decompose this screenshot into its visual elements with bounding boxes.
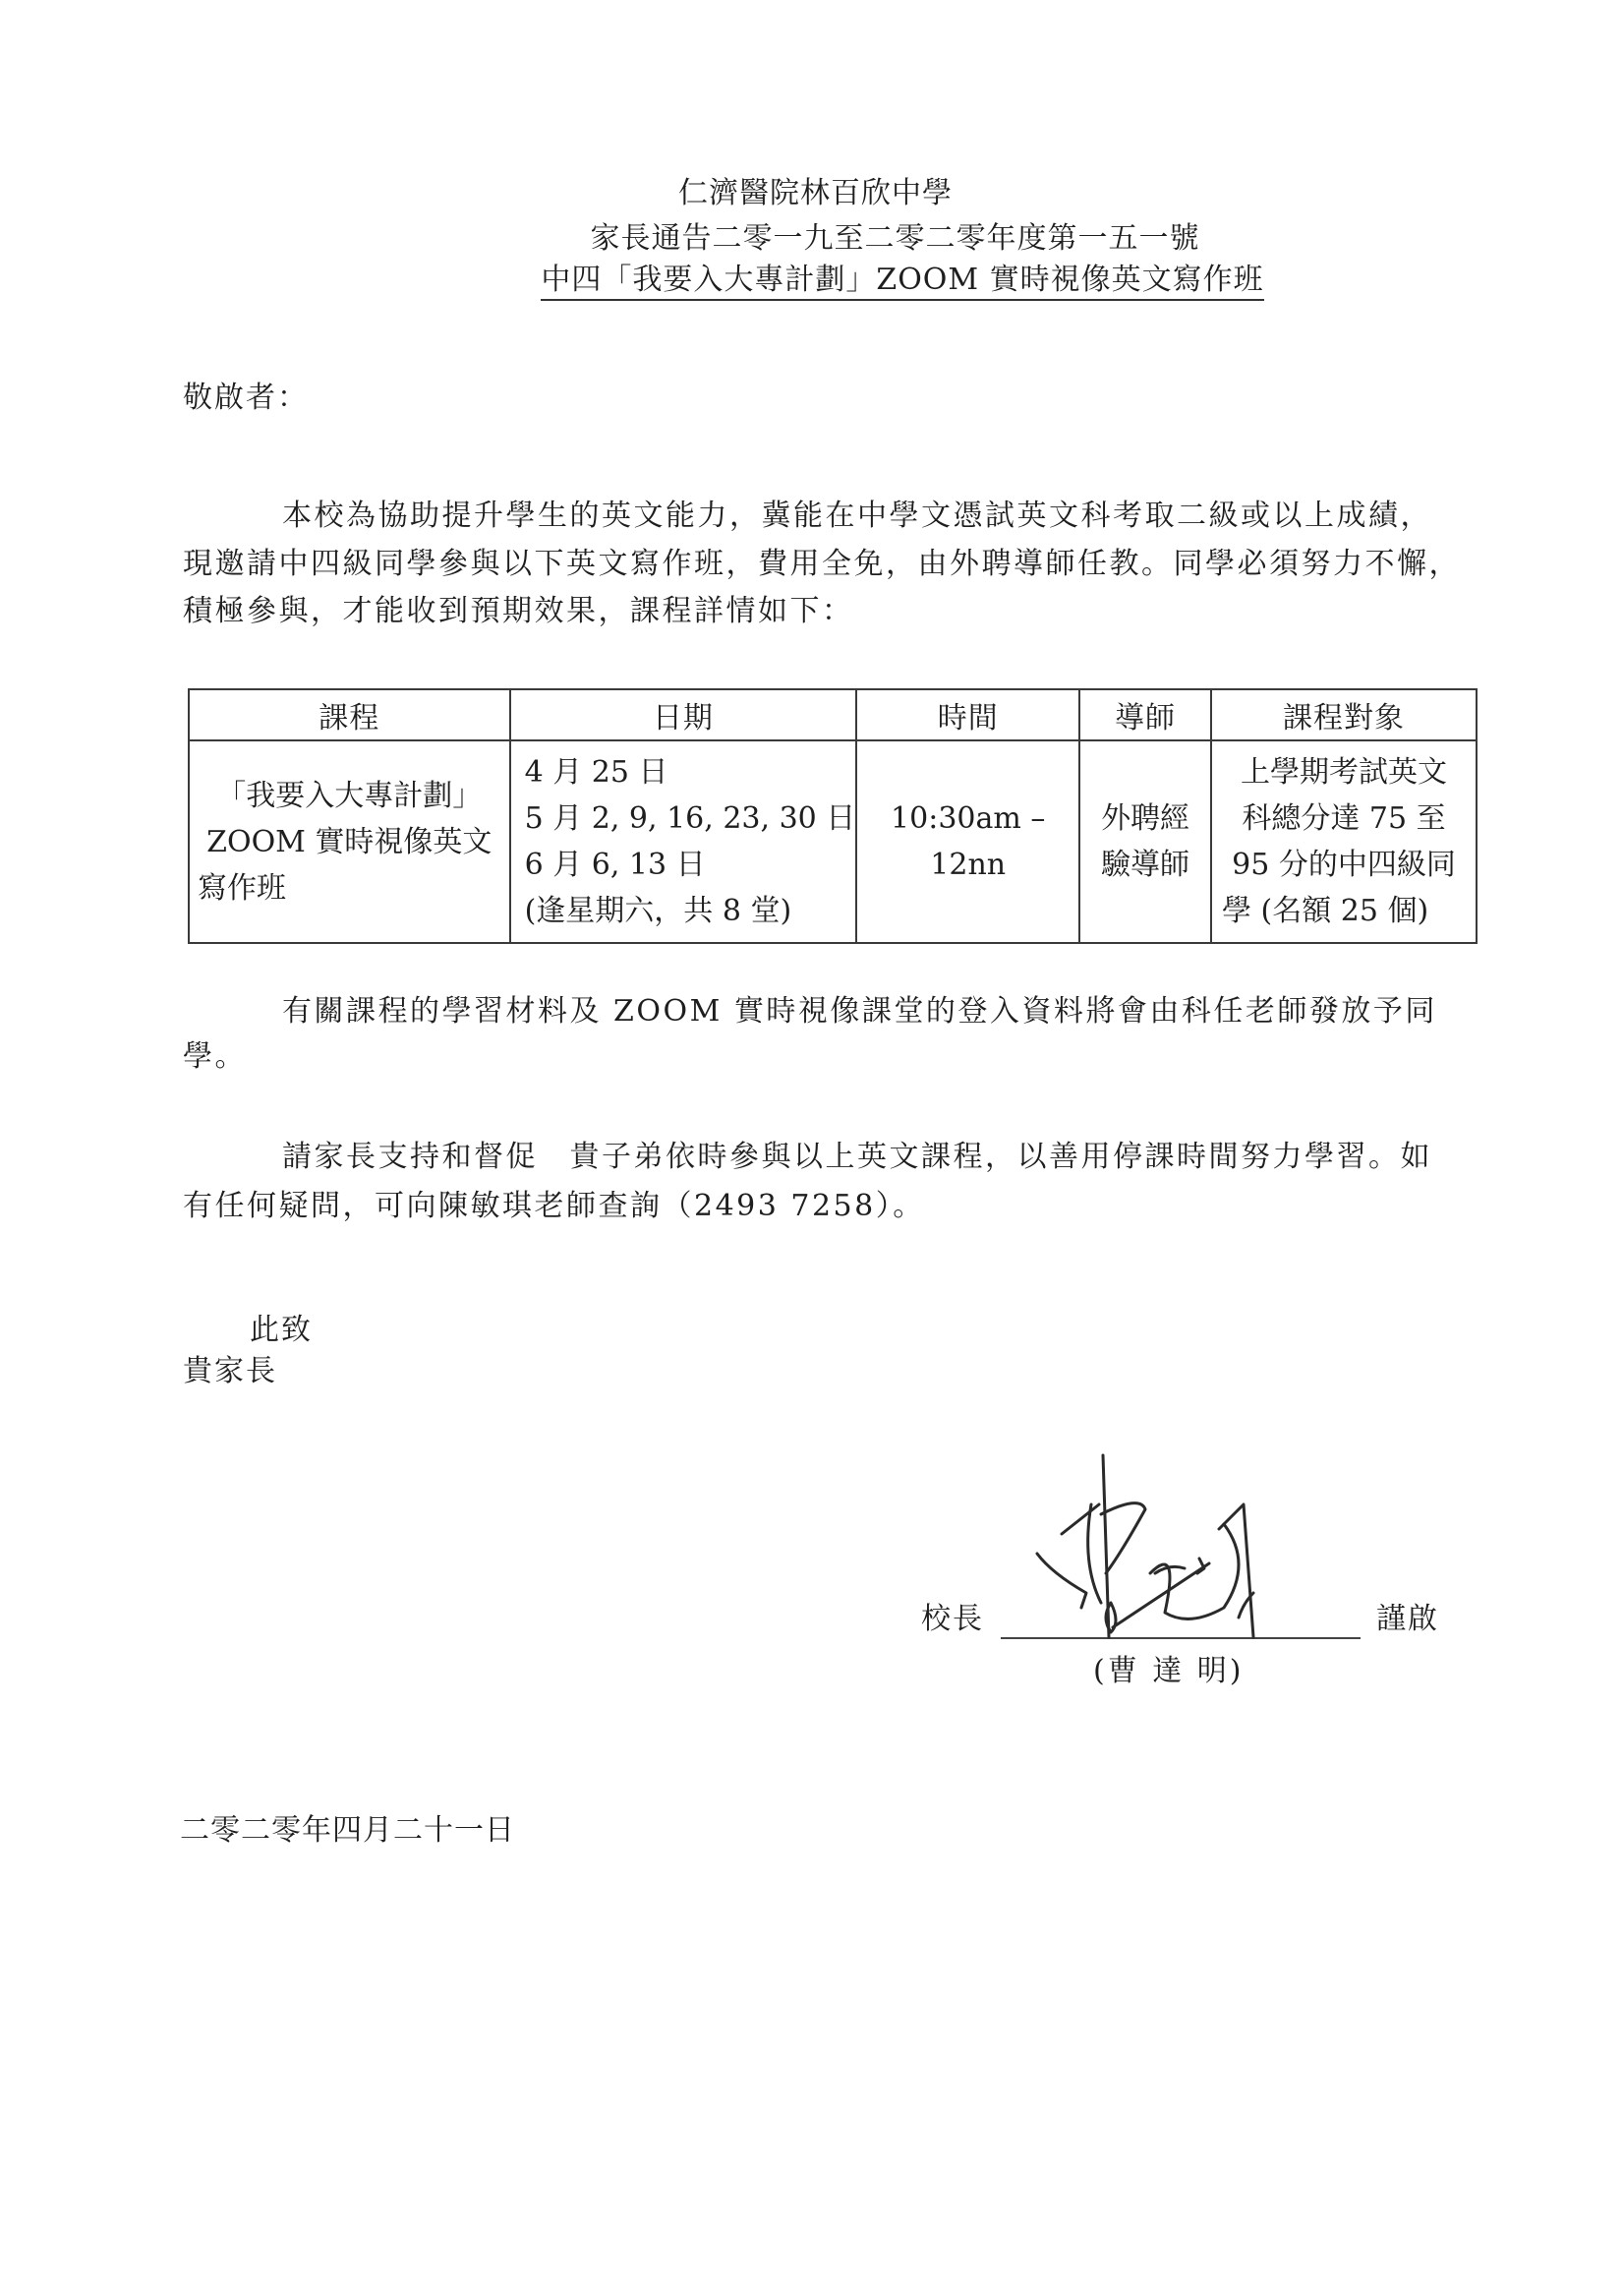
table-header-row: 課程 日期 時間 導師 課程對象: [189, 689, 1477, 740]
cell-line: 寫作班: [190, 865, 509, 912]
cell-line: 學 (名額 25 個): [1212, 888, 1476, 934]
cell-line: 上學期考試英文: [1212, 749, 1476, 795]
cell-target: 上學期考試英文 科總分達 75 至 95 分的中四級同 學 (名額 25 個): [1211, 740, 1477, 943]
cell-course: 「我要入大專計劃」 ZOOM 實時視像英文 寫作班: [189, 740, 510, 943]
principal-title: 校長: [921, 1603, 984, 1636]
cell-line: ZOOM 實時視像英文: [190, 819, 509, 865]
paragraph-line: 現邀請中四級同學參與以下英文寫作班，費用全免，由外聘導師任教。同學必須努力不懈，: [183, 548, 1461, 581]
salutation: 敬啟者：: [183, 382, 309, 415]
paragraph-line: 有關課程的學習材料及 ZOOM 實時視像課堂的登入資料將會由科任老師發放予同: [282, 995, 1437, 1029]
cell-line: 驗導師: [1080, 842, 1210, 888]
school-name: 仁濟醫院林百欣中學: [0, 177, 1623, 210]
closing-line-1: 此致: [250, 1314, 313, 1347]
cell-line: 外聘經: [1080, 795, 1210, 842]
cell-line: 5 月 2, 9, 16, 23, 30 日: [525, 795, 856, 842]
notice-date: 二零二零年四月二十一日: [180, 1814, 515, 1848]
cell-tutor: 外聘經 驗導師: [1079, 740, 1211, 943]
header-course: 課程: [189, 689, 510, 740]
header-target: 課程對象: [1211, 689, 1477, 740]
header-tutor: 導師: [1079, 689, 1211, 740]
course-table: 課程 日期 時間 導師 課程對象 「我要入大專計劃」 ZOOM 實時視像英文 寫…: [188, 688, 1478, 944]
cell-time: 10:30am – 12nn: [856, 740, 1079, 943]
notice-title: 中四「我要入大專計劃」ZOOM 實時視像英文寫作班: [0, 264, 1623, 297]
signature-icon: [1032, 1445, 1307, 1642]
sign-off: 謹啟: [1376, 1603, 1439, 1636]
closing-line-2: 貴家長: [183, 1355, 277, 1388]
paragraph-line: 有任何疑問，可向陳敏琪老師查詢（2493 7258）。: [183, 1190, 925, 1223]
paragraph-line: 本校為協助提升學生的英文能力，冀能在中學文憑試英文科考取二級或以上成績，: [282, 500, 1432, 533]
header-time: 時間: [856, 689, 1079, 740]
cell-dates: 4 月 25 日 5 月 2, 9, 16, 23, 30 日 6 月 6, 1…: [510, 740, 857, 943]
cell-line: 6 月 6, 13 日: [525, 842, 856, 888]
notice-title-text: 中四「我要入大專計劃」ZOOM 實時視像英文寫作班: [541, 263, 1263, 301]
cell-line: 「我要入大專計劃」: [190, 773, 509, 819]
cell-line: 4 月 25 日: [525, 749, 856, 795]
cell-line: (逢星期六，共 8 堂): [525, 888, 856, 934]
notice-number: 家長通告二零一九至二零二零年度第一五一號: [0, 222, 1623, 256]
principal-name: (曹 達 明): [1093, 1655, 1244, 1688]
paragraph-line: 請家長支持和督促 貴子弟依時參與以上英文課程，以善用停課時間努力學習。如: [282, 1141, 1432, 1174]
paragraph-line: 積極參與，才能收到預期效果，課程詳情如下：: [183, 595, 854, 628]
cell-line: 95 分的中四級同: [1212, 842, 1476, 888]
paragraph-line: 學。: [183, 1040, 247, 1074]
table-row: 「我要入大專計劃」 ZOOM 實時視像英文 寫作班 4 月 25 日 5 月 2…: [189, 740, 1477, 943]
header-date: 日期: [510, 689, 857, 740]
cell-line: 科總分達 75 至: [1212, 795, 1476, 842]
